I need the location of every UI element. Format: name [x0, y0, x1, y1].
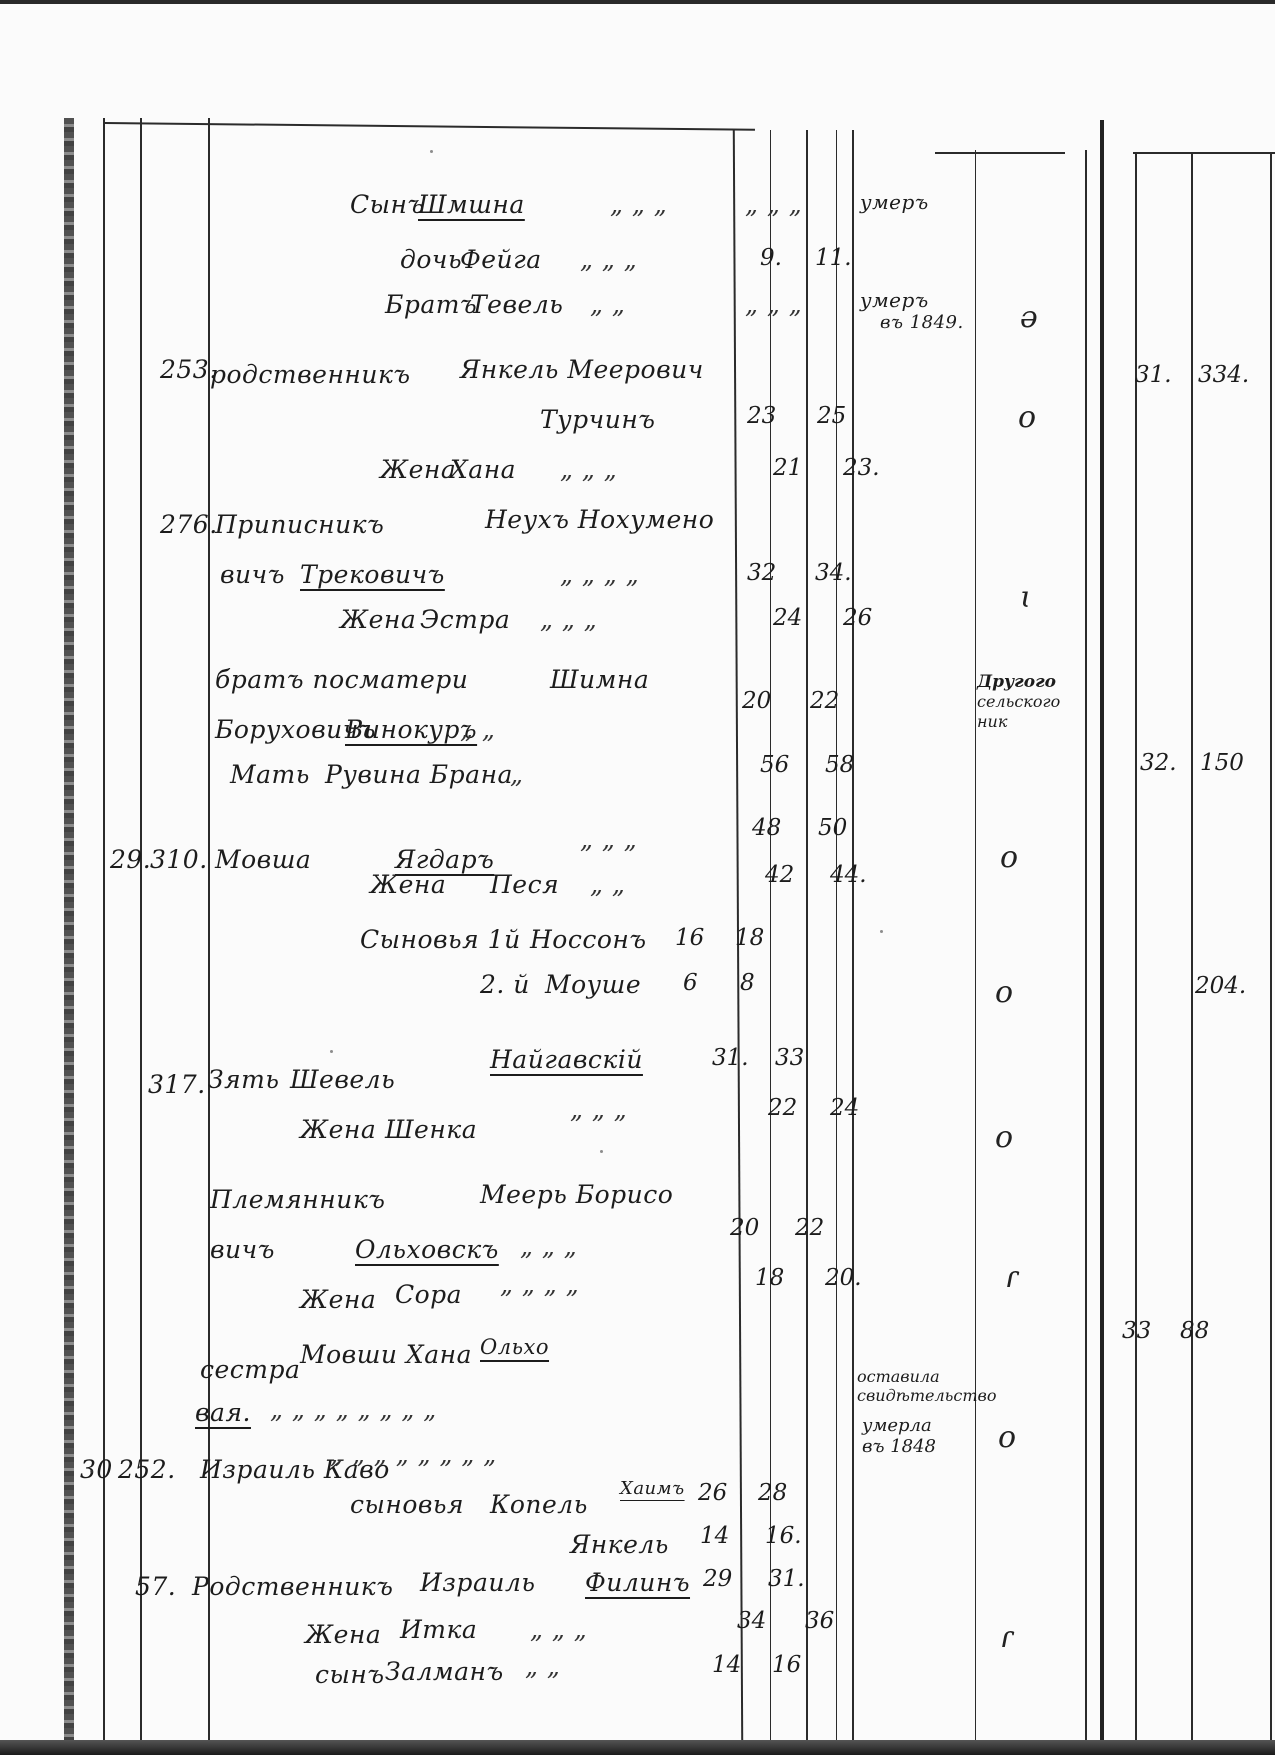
row-relation: сыновья [350, 1490, 464, 1519]
ditto-marks: „ „ „ „ „ „ „ „ [330, 1440, 497, 1469]
row-note: умерла [862, 1417, 932, 1435]
ditto-marks: „ „ [590, 870, 625, 899]
col-rule-house [140, 118, 142, 1743]
age-1: 32 [747, 560, 776, 586]
age-2: 31. [768, 1566, 805, 1592]
tally-mark: o [998, 1420, 1016, 1455]
row-name: Фейга [460, 245, 542, 274]
row-relation: Сыновья 1й [360, 925, 521, 954]
row-name: Меерь Борисо [480, 1180, 673, 1209]
age-2: 16 [772, 1652, 801, 1678]
age-2: 33 [775, 1045, 804, 1071]
age-2: 22 [795, 1215, 824, 1241]
family-number: 30 [80, 1455, 113, 1484]
age-2: 20. [825, 1265, 862, 1291]
scan-speck [880, 930, 883, 933]
ditto-marks: „ „ „ [580, 825, 637, 854]
row-name: Итка [400, 1615, 477, 1644]
row-name: Шевель [290, 1065, 395, 1094]
house-number: 57. [135, 1572, 176, 1601]
age-1: 48 [752, 815, 781, 841]
margin-count: 33 [1122, 1318, 1151, 1344]
row-name: Рувина Брана [325, 760, 513, 789]
page-fold [1100, 120, 1104, 1750]
row-relation: Братъ [385, 290, 477, 319]
row-name: Израиль [420, 1568, 535, 1597]
row-surname: Трековичъ [300, 560, 445, 589]
row-relation: дочь [400, 245, 462, 274]
row-relation: Племянникъ [210, 1185, 385, 1214]
house-number: 276. [160, 510, 218, 539]
ditto-marks: „ „ „ [745, 290, 802, 319]
age-1: 29 [703, 1566, 732, 1592]
margin-top-rule [1133, 152, 1275, 154]
row-relation: Жена [300, 1285, 376, 1314]
age-1: 14 [712, 1652, 741, 1678]
ditto-marks: „ „ [590, 290, 625, 319]
age-1: 6 [683, 970, 698, 996]
row-name: Тевель [470, 290, 563, 319]
row-note: Другого [977, 673, 1056, 691]
col-rule-age2 [806, 130, 808, 1740]
scan-bottom-edge [0, 1740, 1275, 1755]
ditto-marks: „ „ „ [745, 190, 802, 219]
age-2: 26 [843, 605, 872, 631]
row-relation: братъ посматери [215, 665, 468, 694]
row-note: свидѣтельство [857, 1387, 996, 1405]
col-rule-age2b [836, 130, 837, 1740]
age-2: 16. [765, 1523, 802, 1549]
tally-mark: o [1000, 840, 1018, 875]
age-1: 20 [742, 688, 771, 714]
margin-rule-3 [1270, 152, 1272, 1742]
row-name: Песя [490, 870, 559, 899]
row-name: Янкель [570, 1530, 669, 1559]
row-name: Сора [395, 1280, 462, 1309]
age-1: 26 [698, 1480, 727, 1506]
tally-mark: ǝ [1020, 300, 1038, 335]
tally-mark: o [995, 1120, 1013, 1155]
age-1: 20 [730, 1215, 759, 1241]
row-relation: сынъ [315, 1660, 385, 1689]
row-name-cont: Турчинъ [540, 405, 655, 434]
ditto-marks: „ „ „ [540, 605, 597, 634]
age-2: 44. [830, 862, 867, 888]
row-name: Моуше [545, 970, 641, 999]
house-number: 310. [150, 845, 208, 874]
row-name: Шенка [385, 1115, 477, 1144]
scan-speck [600, 1150, 603, 1153]
age-1: 22 [768, 1095, 797, 1121]
row-name: Мовши Хана [300, 1340, 472, 1369]
age-1: 18 [755, 1265, 784, 1291]
row-relation: Сынъ [350, 190, 425, 219]
row-relation: Жена [300, 1115, 376, 1144]
row-name-cont: вичъ [210, 1235, 275, 1264]
scan-top-edge [0, 0, 1275, 4]
age-1: 31. [712, 1045, 749, 1071]
col-rule-family [103, 118, 105, 1743]
row-note: оставила [857, 1368, 940, 1386]
row-name: Хана [450, 455, 516, 484]
age-2: 50 [818, 815, 847, 841]
age-2: 22 [810, 688, 839, 714]
row-note: умеръ [860, 190, 929, 214]
row-relation: Мать [230, 760, 310, 789]
margin-count: 204. [1195, 973, 1246, 999]
row-note: ник [977, 713, 1007, 731]
row-relation: Зять [208, 1065, 279, 1094]
col-rule-notes2 [975, 150, 976, 1740]
scan-speck [330, 1050, 333, 1053]
ditto-marks: „ „ „ [570, 1095, 627, 1124]
margin-count: 150 [1200, 750, 1244, 776]
age-1: 42 [765, 862, 794, 888]
tally-mark: o [1018, 400, 1036, 435]
ditto-marks: „ „ „ „ [560, 560, 639, 589]
age-1: 24 [773, 605, 802, 631]
row-relation: родственникъ [210, 360, 411, 389]
ditto-marks: „ „ [525, 1652, 560, 1681]
age-1: 34 [737, 1608, 766, 1634]
page-binding-edge [64, 118, 74, 1748]
ditto-marks: „ „ „ [580, 245, 637, 274]
tally-mark: ɾ [1005, 1260, 1019, 1295]
row-name: Залманъ [385, 1657, 504, 1686]
row-name: Эстра [420, 605, 510, 634]
row-relation: Жена [370, 870, 446, 899]
ditto-marks: „ „ „ [610, 190, 667, 219]
ditto-marks: „ [510, 760, 523, 789]
row-name: Мовша [215, 845, 311, 874]
margin-rule-2 [1191, 152, 1193, 1742]
age-2: 36 [805, 1608, 834, 1634]
row-surname: Ольхо [480, 1335, 549, 1359]
ditto-marks: „ „ „ [560, 455, 617, 484]
row-surname-cont: вая. [195, 1398, 251, 1427]
row-relation: 2. й [480, 970, 530, 999]
row-relation: Родственникъ [192, 1572, 393, 1601]
row-relation: сестра [200, 1355, 300, 1384]
age-1: 21 [773, 455, 802, 481]
row-note: сельского [977, 693, 1060, 711]
age-2: 18 [735, 925, 764, 951]
tally-mark: ɾ [1000, 1620, 1014, 1655]
age-2: 28 [758, 1480, 787, 1506]
row-surname: Винокуръ [345, 715, 477, 744]
row-name-2: Хаимъ [620, 1478, 685, 1499]
row-relation: Приписникъ [215, 510, 384, 539]
margin-count: 31. [1135, 362, 1172, 388]
age-1: 14 [700, 1523, 729, 1549]
margin-rule-1 [1135, 152, 1137, 1742]
family-number: 29. [110, 845, 151, 874]
row-name: Неухъ Нохумено [485, 505, 714, 534]
house-number: 317. [148, 1070, 206, 1099]
ditto-marks: „ „ „ „ „ „ „ „ [270, 1395, 437, 1424]
ditto-marks: „ „ [460, 715, 495, 744]
age-2: 25 [817, 403, 846, 429]
row-surname: Найгавскій [490, 1045, 643, 1074]
row-note: въ 1848 [862, 1438, 936, 1456]
age-1: 16 [675, 925, 704, 951]
tally-mark: ɩ [1020, 580, 1032, 615]
row-relation: Жена [380, 455, 456, 484]
tally-mark: o [995, 975, 1013, 1010]
table-top-rule-right [935, 152, 1065, 154]
age-2: 34. [815, 560, 852, 586]
age-1: 23 [747, 403, 776, 429]
row-name: Копель [490, 1490, 588, 1519]
scan-speck [90, 1470, 93, 1473]
col-rule-notes [852, 130, 854, 1740]
table-top-rule [105, 122, 755, 131]
margin-count: 334. [1198, 362, 1249, 388]
row-relation: Жена [305, 1620, 381, 1649]
house-number: 252. [118, 1455, 176, 1484]
age-2: 23. [843, 455, 880, 481]
age-1: 56 [760, 752, 789, 778]
row-name: Шимна [550, 665, 649, 694]
ditto-marks: „ „ „ [520, 1232, 577, 1261]
row-name: Шмшна [418, 190, 525, 219]
row-note: умеръ [860, 288, 929, 312]
ditto-marks: „ „ „ „ [500, 1270, 579, 1299]
age-1: 9. [760, 245, 782, 271]
scan-speck [430, 150, 433, 153]
row-name: Янкель Меерович [460, 355, 704, 384]
row-name: Носсонъ [530, 925, 647, 954]
col-rule-marks [1085, 150, 1087, 1740]
age-2: 24 [830, 1095, 859, 1121]
margin-count: 88 [1180, 1318, 1209, 1344]
margin-count: 32. [1140, 750, 1177, 776]
ditto-marks: „ „ „ [530, 1615, 587, 1644]
row-note: въ 1849. [880, 312, 964, 333]
age-2: 58 [825, 752, 854, 778]
row-surname: Филинъ [585, 1568, 690, 1597]
row-name-cont: вичъ [220, 560, 285, 589]
age-2: 8 [740, 970, 755, 996]
row-surname: Ольховскъ [355, 1235, 499, 1264]
row-relation: Жена [340, 605, 416, 634]
age-2: 11. [815, 245, 852, 271]
